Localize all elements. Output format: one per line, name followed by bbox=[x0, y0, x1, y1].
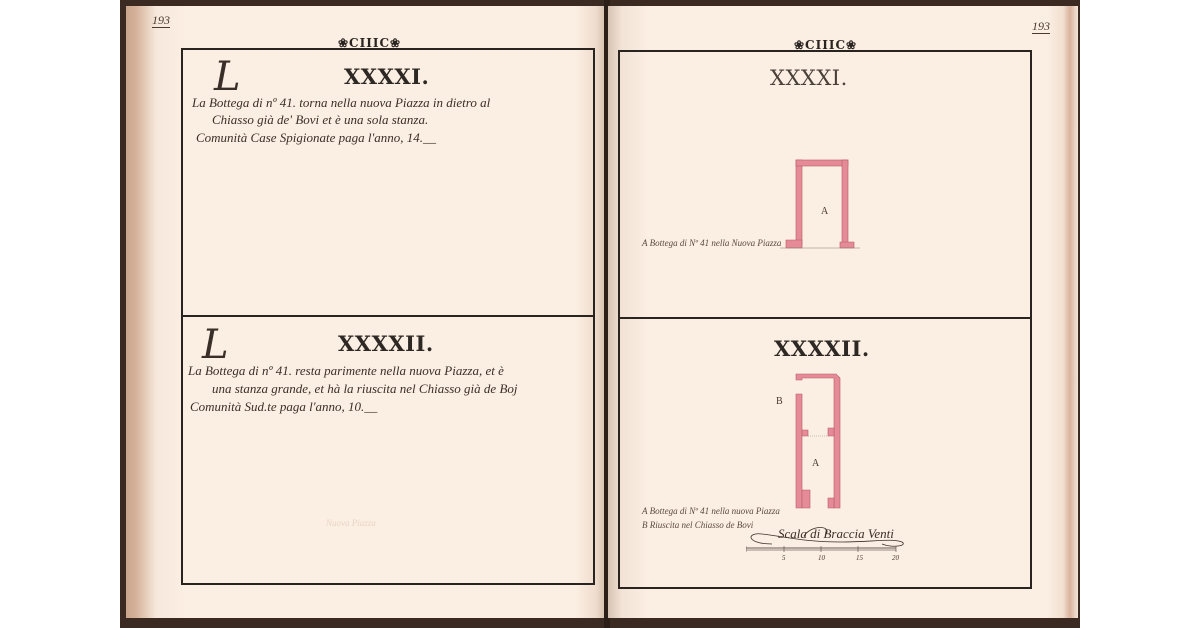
entry-number: XXXXII. bbox=[338, 331, 434, 356]
plan-label-b: B bbox=[776, 396, 783, 407]
scale-title: Scala di Braccia Venti bbox=[778, 526, 894, 542]
plan-label-a: A bbox=[812, 458, 819, 469]
scale-tick: 20 bbox=[892, 554, 899, 562]
scale-tick: 5 bbox=[782, 554, 786, 562]
plan-legend-a: A Bottega di Nº 41 nella Nuova Piazza bbox=[642, 238, 781, 248]
entry-text-line: La Bottega di nº 41. torna nella nuova P… bbox=[192, 94, 490, 112]
right-page: 193 ❀CIIIC❀ XXXXI. A A Bottega di Nº 41 … bbox=[608, 6, 1078, 618]
right-frame-divider bbox=[618, 317, 1032, 319]
plan-label-a: A bbox=[821, 206, 828, 217]
left-page: 193 ❀CIIIC❀ L XXXXI. La Bottega di nº 41… bbox=[126, 6, 604, 618]
entry-number: XXXXI. bbox=[770, 66, 848, 90]
open-book: 193 ❀CIIIC❀ L XXXXI. La Bottega di nº 41… bbox=[120, 0, 1080, 628]
left-page-number: 193 bbox=[152, 14, 170, 28]
entry-number: XXXXII. bbox=[774, 336, 870, 361]
entry-text-line: Comunità Case Spigionate paga l'anno, 14… bbox=[196, 129, 436, 147]
entry-text-line: La Bottega di nº 41. resta parimente nel… bbox=[188, 362, 504, 380]
scale-tick: 15 bbox=[856, 554, 863, 562]
bleedthrough-text: Nuova Piazza bbox=[326, 518, 376, 528]
left-frame-divider bbox=[181, 315, 595, 317]
entry-text-line: Chiasso già de' Bovi et è una sola stanz… bbox=[212, 111, 428, 129]
right-page-number: 193 bbox=[1032, 20, 1050, 34]
plan-legend-b: B Riuscita nel Chiasso de Bovi bbox=[642, 520, 753, 530]
plan-legend-a: A Bottega di Nº 41 nella nuova Piazza bbox=[642, 506, 780, 516]
floor-plan-shop-41 bbox=[780, 154, 860, 250]
entry-text-line: Comunità Sud.te paga l'anno, 10.__ bbox=[190, 398, 377, 416]
scale-tick: 10 bbox=[818, 554, 825, 562]
scale-bar bbox=[746, 546, 906, 554]
floor-plan-shop-41-with-passage bbox=[784, 370, 854, 510]
entry-text-line: una stanza grande, et hà la riuscita nel… bbox=[212, 380, 518, 398]
entry-number: XXXXI. bbox=[344, 64, 429, 89]
